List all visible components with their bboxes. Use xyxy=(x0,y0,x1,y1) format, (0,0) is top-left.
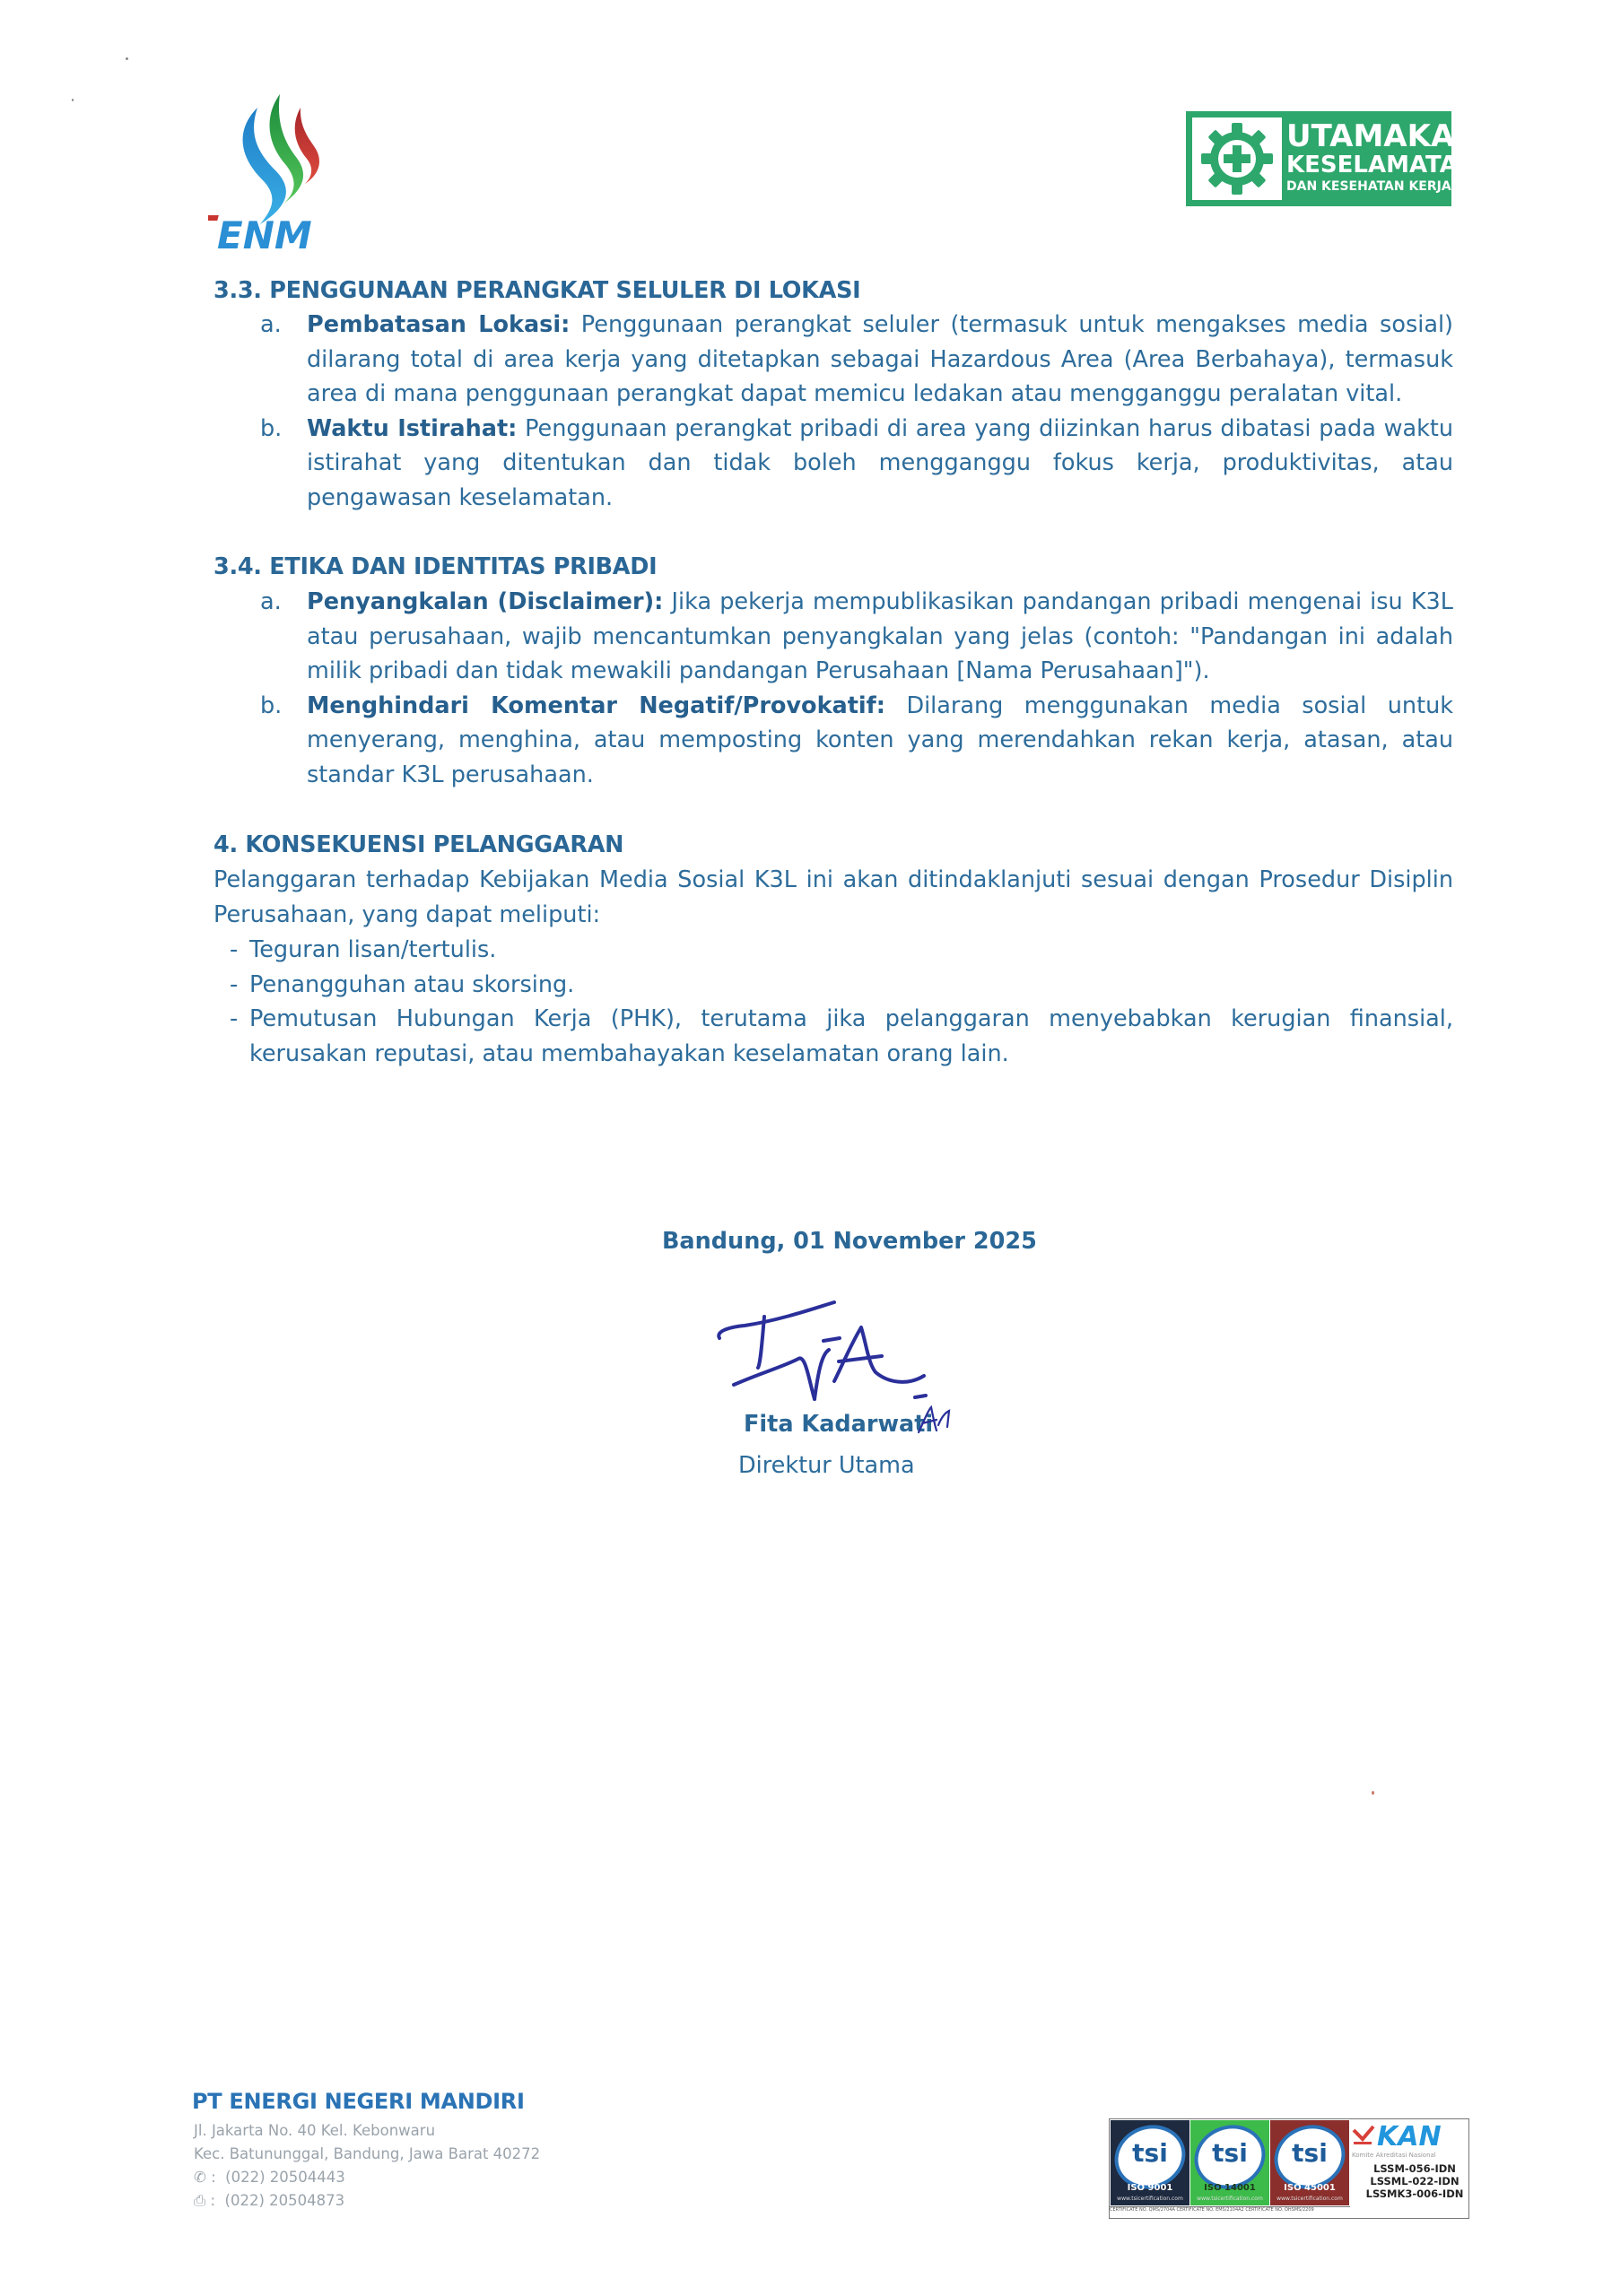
company-logo: ENM xyxy=(208,94,352,256)
bullet-text: Teguran lisan/tertulis. xyxy=(249,933,1453,968)
iso-label: ISO 9001 xyxy=(1111,2183,1189,2193)
tsi-iso-45001-badge: tsi ISO 45001 www.tsicertification.com xyxy=(1270,2120,1349,2205)
item-term: Pembatasan Lokasi: xyxy=(307,311,570,338)
tsi-iso-14001-badge: tsi ISO 14001 www.tsicertification.com xyxy=(1190,2120,1269,2205)
signatory-name: Fita Kadarwati xyxy=(744,1411,933,1438)
list-item: - Pemutusan Hubungan Kerja (PHK), teruta… xyxy=(230,1002,1453,1071)
iso-url: www.tsicertification.com xyxy=(1111,2196,1189,2202)
handwritten-signature xyxy=(709,1283,960,1408)
gear-cross-icon xyxy=(1192,117,1282,200)
iso-url: www.tsicertification.com xyxy=(1190,2196,1269,2202)
phone-icon: ✆ xyxy=(194,2169,206,2186)
list-item: - Penangguhan atau skorsing. xyxy=(230,968,1453,1003)
list-item: b. Waktu Istirahat: Penggunaan perangkat… xyxy=(260,412,1453,516)
signature-place-date: Bandung, 01 November 2025 xyxy=(662,1228,1037,1255)
scan-speck xyxy=(126,57,128,60)
item-term: Penyangkalan (Disclaimer): xyxy=(307,588,663,615)
certification-logos: tsi ISO 9001 www.tsicertification.com ts… xyxy=(1109,2118,1469,2219)
tsi-logo-text: tsi xyxy=(1277,2138,1342,2168)
section-4-paragraph: Pelanggaran terhadap Kebijakan Media Sos… xyxy=(213,863,1453,932)
kan-checkmark-icon xyxy=(1352,2125,1375,2146)
footer-address-line2: Kec. Batununggal, Bandung, Jawa Barat 40… xyxy=(194,2145,540,2162)
section-3-3-list: a. Pembatasan Lokasi: Penggunaan perangk… xyxy=(260,308,1453,515)
list-item: b. Menghindari Komentar Negatif/Provokat… xyxy=(260,689,1453,793)
section-4-heading: 4. KONSEKUENSI PELANGGARAN xyxy=(213,828,1451,863)
bullet-text: Pemutusan Hubungan Kerja (PHK), terutama… xyxy=(249,1002,1453,1071)
item-term: Waktu Istirahat: xyxy=(307,415,517,442)
svg-text:ENM: ENM xyxy=(217,213,312,256)
k3-badge-line3: DAN KESEHATAN KERJA xyxy=(1286,179,1451,194)
footer-fax: ⎙ : (022) 20504873 xyxy=(194,2192,344,2210)
k3-badge-line1: UTAMAKAN xyxy=(1286,120,1480,152)
signatory-title: Direktur Utama xyxy=(738,1452,915,1479)
dash-bullet: - xyxy=(230,933,249,968)
initials-paraf xyxy=(915,1404,953,1436)
section-3-4-list: a. Penyangkalan (Disclaimer): Jika peker… xyxy=(260,585,1453,792)
kan-logo-text: KAN xyxy=(1377,2121,1442,2152)
kan-accreditation-badge: KAN Komite Akreditasi Nasional LSSM-056-… xyxy=(1350,2121,1467,2205)
section-3-4-heading: 3.4. ETIKA DAN IDENTITAS PRIBADI xyxy=(213,550,1451,585)
bullet-text: Penangguhan atau skorsing. xyxy=(249,968,1453,1003)
fax-number: (022) 20504873 xyxy=(225,2192,345,2209)
dash-bullet: - xyxy=(230,1002,249,1071)
iso-url: www.tsicertification.com xyxy=(1270,2196,1349,2202)
section-3-3-heading: 3.3. PENGGUNAAN PERANGKAT SELULER DI LOK… xyxy=(213,274,1451,309)
item-label: b. xyxy=(260,689,307,793)
item-label: a. xyxy=(260,585,307,689)
certificate-numbers: CERTIFICATE NO. QMS/2704A CERTIFICATE NO… xyxy=(1110,2206,1350,2218)
iso-label: ISO 14001 xyxy=(1190,2183,1269,2193)
k3-safety-badge: UTAMAKAN KESELAMATAN DAN KESEHATAN KERJA xyxy=(1186,111,1451,206)
item-label: b. xyxy=(260,412,307,516)
kan-subtitle: Komite Akreditasi Nasional xyxy=(1352,2152,1436,2159)
kan-code: LSSML-022-IDN xyxy=(1363,2175,1467,2187)
phone-separator: : xyxy=(211,2169,216,2186)
dash-bullet: - xyxy=(230,968,249,1003)
list-item: a. Penyangkalan (Disclaimer): Jika peker… xyxy=(260,585,1453,689)
item-label: a. xyxy=(260,308,307,412)
k3-badge-line2: KESELAMATAN xyxy=(1286,152,1477,178)
iso-label: ISO 45001 xyxy=(1270,2183,1349,2193)
tsi-iso-9001-badge: tsi ISO 9001 www.tsicertification.com xyxy=(1111,2120,1189,2205)
enm-flame-logo-icon: ENM xyxy=(208,94,352,256)
list-item: - Teguran lisan/tertulis. xyxy=(230,933,1453,968)
footer-company-name: PT ENERGI NEGERI MANDIRI xyxy=(192,2089,525,2114)
footer-phone: ✆ : (022) 20504443 xyxy=(194,2169,345,2186)
scan-speck xyxy=(1372,1791,1374,1795)
scan-speck xyxy=(72,99,74,101)
fax-icon: ⎙ xyxy=(194,2192,205,2209)
footer-address-line1: Jl. Jakarta No. 40 Kel. Kebonwaru xyxy=(194,2122,435,2139)
fax-separator: : xyxy=(210,2192,215,2209)
list-item: a. Pembatasan Lokasi: Penggunaan perangk… xyxy=(260,308,1453,412)
section-4-consequence-list: - Teguran lisan/tertulis. - Penangguhan … xyxy=(230,933,1453,1071)
kan-code: LSSM-056-IDN xyxy=(1363,2162,1467,2175)
tsi-logo-text: tsi xyxy=(1198,2138,1262,2168)
paraf-icon xyxy=(915,1404,953,1436)
item-term: Menghindari Komentar Negatif/Provokatif: xyxy=(307,692,885,719)
signature-icon xyxy=(709,1283,960,1408)
kan-code: LSSMK3-006-IDN xyxy=(1363,2187,1467,2200)
tsi-logo-text: tsi xyxy=(1118,2138,1182,2168)
phone-number: (022) 20504443 xyxy=(225,2169,345,2186)
